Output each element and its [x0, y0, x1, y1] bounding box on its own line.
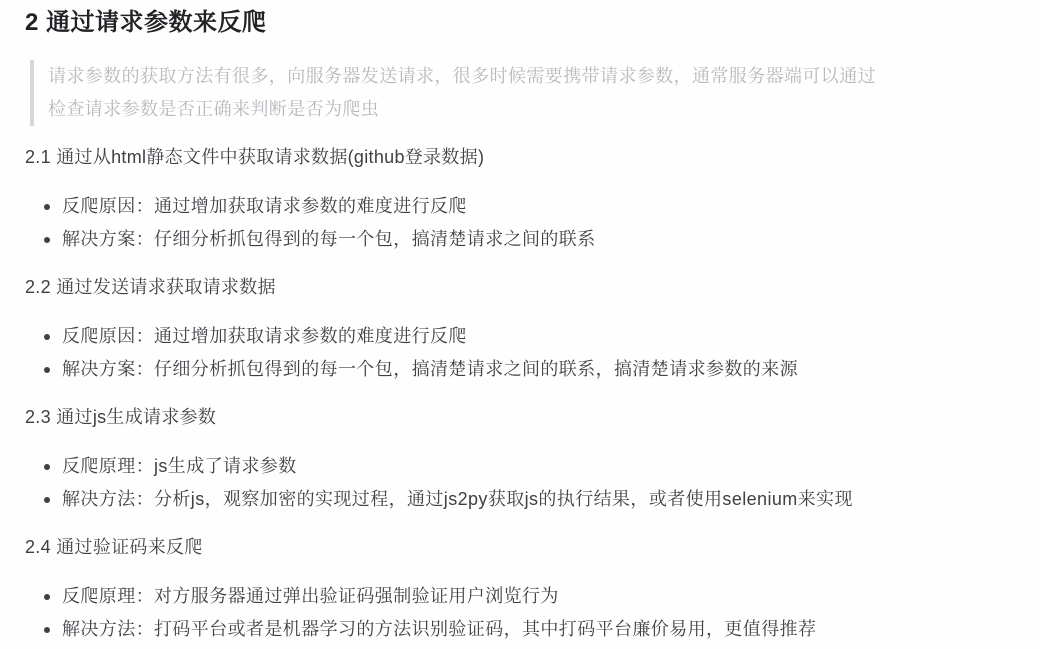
- section-2-1: 2.1 通过从html静态文件中获取请求数据(github登录数据) 反爬原因：…: [25, 146, 1010, 256]
- bullet-item: 解决方案：仔细分析抓包得到的每一个包，搞清楚请求之间的联系，搞清楚请求参数的来源: [25, 353, 1010, 386]
- bullet-list: 反爬原理：对方服务器通过弹出验证码强制验证用户浏览行为 解决方法：打码平台或者是…: [25, 580, 1010, 646]
- intro-blockquote: 请求参数的获取方法有很多，向服务器发送请求，很多时候需要携带请求参数，通常服务器…: [30, 60, 1010, 126]
- section-2-3: 2.3 通过js生成请求参数 反爬原理：js生成了请求参数 解决方法：分析js，…: [25, 406, 1010, 516]
- section-2-2: 2.2 通过发送请求获取请求数据 反爬原因：通过增加获取请求参数的难度进行反爬 …: [25, 276, 1010, 386]
- section-heading: 2.2 通过发送请求获取请求数据: [25, 276, 1010, 298]
- bullet-item: 反爬原因：通过增加获取请求参数的难度进行反爬: [25, 320, 1010, 353]
- bullet-list: 反爬原因：通过增加获取请求参数的难度进行反爬 解决方案：仔细分析抓包得到的每一个…: [25, 190, 1010, 256]
- blockquote-line: 请求参数的获取方法有很多，向服务器发送请求，很多时候需要携带请求参数，通常服务器…: [48, 60, 1010, 93]
- bullet-list: 反爬原因：通过增加获取请求参数的难度进行反爬 解决方案：仔细分析抓包得到的每一个…: [25, 320, 1010, 386]
- bullet-list: 反爬原理：js生成了请求参数 解决方法：分析js，观察加密的实现过程，通过js2…: [25, 450, 1010, 516]
- bullet-item: 反爬原理：对方服务器通过弹出验证码强制验证用户浏览行为: [25, 580, 1010, 613]
- bullet-item: 解决方案：仔细分析抓包得到的每一个包，搞清楚请求之间的联系: [25, 223, 1010, 256]
- bullet-item: 解决方法：打码平台或者是机器学习的方法识别验证码，其中打码平台廉价易用，更值得推…: [25, 613, 1010, 646]
- document-page: 2 通过请求参数来反爬 请求参数的获取方法有很多，向服务器发送请求，很多时候需要…: [0, 0, 1040, 649]
- bullet-item: 解决方法：分析js，观察加密的实现过程，通过js2py获取js的执行结果，或者使…: [25, 483, 1010, 516]
- section-heading: 2.3 通过js生成请求参数: [25, 406, 1010, 428]
- page-title: 2 通过请求参数来反爬: [25, 8, 1010, 38]
- section-heading: 2.1 通过从html静态文件中获取请求数据(github登录数据): [25, 146, 1010, 168]
- section-heading: 2.4 通过验证码来反爬: [25, 536, 1010, 558]
- bullet-item: 反爬原因：通过增加获取请求参数的难度进行反爬: [25, 190, 1010, 223]
- blockquote-line: 检查请求参数是否正确来判断是否为爬虫: [48, 93, 1010, 126]
- bullet-item: 反爬原理：js生成了请求参数: [25, 450, 1010, 483]
- section-2-4: 2.4 通过验证码来反爬 反爬原理：对方服务器通过弹出验证码强制验证用户浏览行为…: [25, 536, 1010, 646]
